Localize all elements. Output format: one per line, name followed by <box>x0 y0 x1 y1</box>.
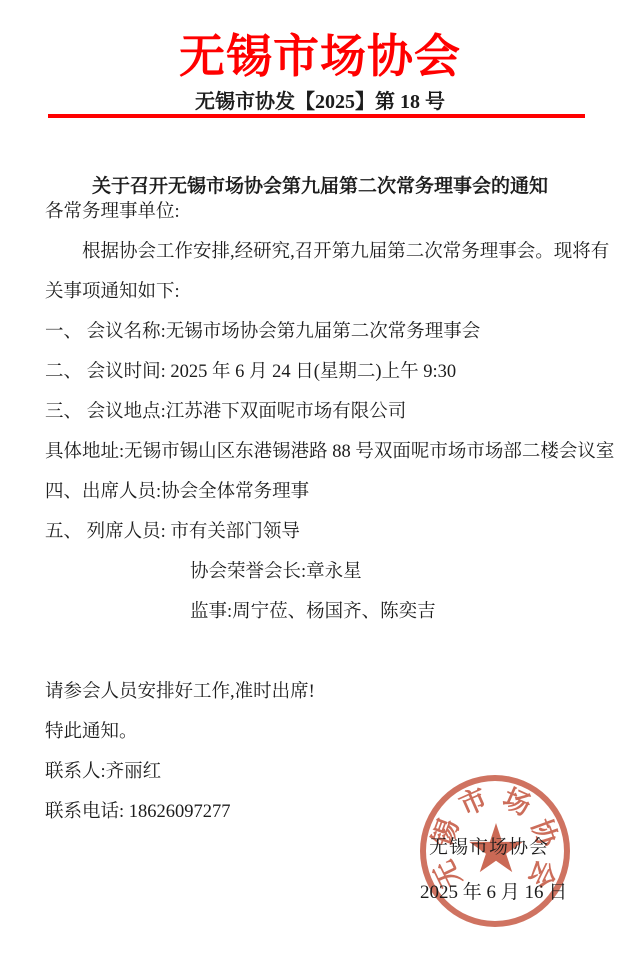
spacer-line <box>45 632 640 672</box>
intro-line-1: 根据协会工作安排,经研究,召开第九届第二次常务理事会。现将有 <box>45 232 640 272</box>
item-attendees: 四、出席人员:协会全体常务理事 <box>45 472 640 512</box>
item-meeting-name: 一、 会议名称:无锡市场协会第九届第二次常务理事会 <box>45 312 640 352</box>
doc-number: 无锡市协发【2025】第 18 号 <box>0 85 640 114</box>
org-title: 无锡市场协会 <box>0 20 640 86</box>
signature-date: 2025 年 6 月 16 日 <box>420 877 567 904</box>
closing-notice: 特此通知。 <box>45 712 640 752</box>
salutation-line: 各常务理事单位: <box>45 192 640 232</box>
notice-body: 各常务理事单位: 根据协会工作安排,经研究,召开第九届第二次常务理事会。现将有 … <box>45 192 640 832</box>
item-meeting-time: 二、 会议时间: 2025 年 6 月 24 日(星期二)上午 9:30 <box>45 352 640 392</box>
observer-honorary-president: 协会荣誉会长:章永星 <box>190 552 640 592</box>
closing-request: 请参会人员安排好工作,准时出席! <box>45 672 640 712</box>
intro-line-2: 关事项通知如下: <box>45 272 640 312</box>
notice-document-page: 无锡市场协会 无锡市协发【2025】第 18 号 关于召开无锡市场协会第九届第二… <box>0 0 640 954</box>
signature-org: 无锡市场协会 <box>429 832 549 859</box>
contact-person: 联系人:齐丽红 <box>45 752 640 792</box>
contact-phone: 联系电话: 18626097277 <box>45 792 640 832</box>
observer-supervisors: 监事:周宁莅、杨国齐、陈奕吉 <box>190 592 640 632</box>
item-address-detail: 具体地址:无锡市锡山区东港锡港路 88 号双面呢市场市场部二楼会议室 <box>45 432 640 472</box>
red-header-divider <box>48 114 585 118</box>
item-observers: 五、 列席人员: 市有关部门领导 <box>45 512 640 552</box>
item-meeting-place: 三、 会议地点:江苏港下双面呢市场有限公司 <box>45 392 640 432</box>
